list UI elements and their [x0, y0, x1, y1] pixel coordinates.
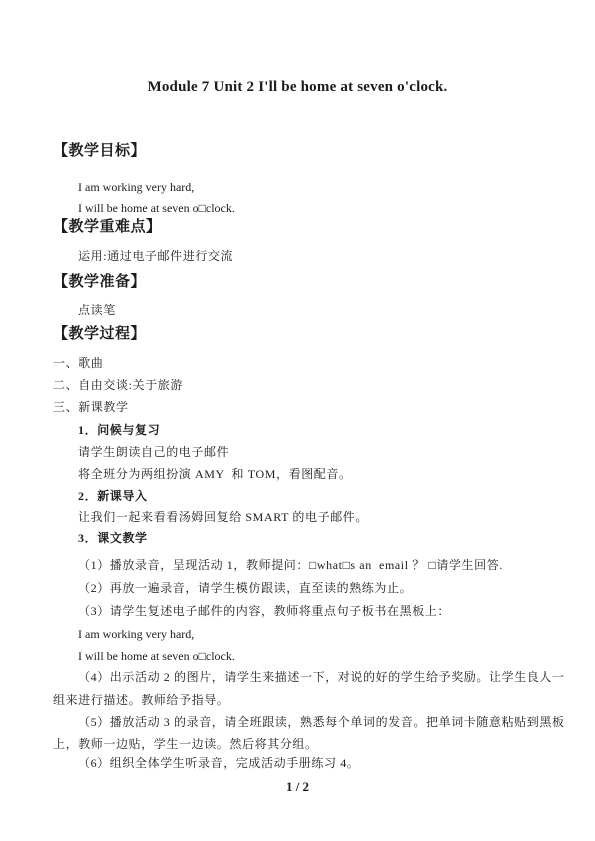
step2-heading: 2．新课导入 — [78, 489, 148, 503]
board-sentence-1: I am working very hard, — [78, 627, 194, 641]
step3-substep-6: （6）组织全体学生听录音，完成活动手册练习 4。 — [78, 756, 359, 770]
step3-substep-5-line2: 上，教师一边贴，学生一边读。然后将其分组。 — [53, 737, 318, 751]
step3-substep-2: （2）再放一遍录音，请学生模仿跟读，直至读的熟练为止。 — [78, 581, 412, 595]
step1-line1: 请学生朗读自己的电子邮件 — [78, 445, 229, 459]
step3-substep-3: （3）请学生复述电子邮件的内容，教师将重点句子板书在黑板上： — [78, 604, 450, 618]
process-item-free-talk: 二、自由交谈:关于旅游 — [53, 378, 183, 392]
page-number: 1 / 2 — [0, 779, 595, 795]
section-heading-process: 【教学过程】 — [53, 326, 146, 343]
step1-line2: 将全班分为两组扮演 AMY 和 TOM，看图配音。 — [78, 467, 352, 481]
step3-substep-4-line1: （4）出示活动 2 的图片，请学生来描述一下，对说的好的学生给予奖励。让学生良人… — [78, 670, 565, 684]
objectives-sentence-1: I am working very hard, — [78, 180, 194, 194]
step3-heading: 3．课文教学 — [78, 531, 148, 545]
step1-heading: 1．问候与复习 — [78, 423, 160, 437]
document-page: Module 7 Unit 2 I'll be home at seven o'… — [0, 0, 595, 841]
step3-substep-5-line1: （5）播放活动 3 的录音，请全班跟读，熟悉每个单词的发音。把单词卡随意粘贴到黑… — [78, 715, 565, 729]
section-heading-key-points: 【教学重难点】 — [53, 219, 162, 236]
key-points-text: 运用:通过电子邮件进行交流 — [78, 249, 233, 263]
section-heading-objectives: 【教学目标】 — [53, 143, 146, 160]
preparation-text: 点读笔 — [78, 303, 116, 317]
page-title: Module 7 Unit 2 I'll be home at seven o'… — [0, 79, 595, 96]
objectives-sentence-2: I will be home at seven o□clock. — [78, 201, 235, 215]
step3-substep-4-line2: 组来进行描述。教师给予指导。 — [53, 693, 229, 707]
step3-substep-1: （1）播放录音，呈现活动 1，教师提问：□what□s an email ？ □… — [78, 558, 503, 572]
process-item-song: 一、歌曲 — [53, 356, 103, 370]
step2-line1: 让我们一起来看看汤姆回复给 SMART 的电子邮件。 — [78, 510, 368, 524]
process-item-new-lesson: 三、新课教学 — [53, 400, 129, 414]
board-sentence-2: I will be home at seven o□clock. — [78, 649, 235, 663]
section-heading-preparation: 【教学准备】 — [53, 274, 146, 291]
